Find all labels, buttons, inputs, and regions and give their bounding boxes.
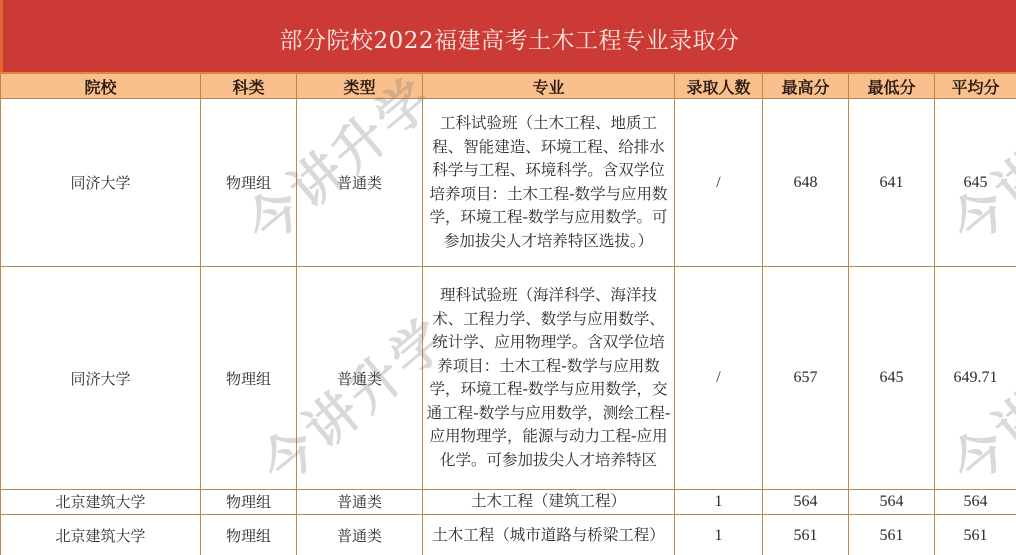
cell-type: 普通类 [297,99,423,267]
admission-scores-table: 院校 科类 类型 专业 录取人数 最高分 最低分 平均分 同济大学 物理组 普通… [0,72,1016,555]
cell-major: 理科试验班（海洋科学、海洋技术、工程力学、数学与应用数学、统计学、应用物理学。含… [423,267,675,490]
cell-min-score: 645 [849,267,935,490]
table-row: 同济大学 物理组 普通类 理科试验班（海洋科学、海洋技术、工程力学、数学与应用数… [1,267,1016,490]
table-row: 北京建筑大学 物理组 普通类 土木工程（建筑工程） 1 564 564 564 [1,490,1016,515]
cell-avg-score: 564 [935,490,1016,515]
cell-max-score: 648 [763,99,849,267]
page-title: 部分院校2022福建高考土木工程专业录取分 [279,18,739,55]
cell-type: 普通类 [297,490,423,515]
table-row: 同济大学 物理组 普通类 工科试验班（土木工程、地质工程、智能建造、环境工程、给… [1,99,1016,267]
cell-subject: 物理组 [201,267,297,490]
title-bar: 部分院校2022福建高考土木工程专业录取分 [0,0,1016,72]
header-max-score: 最高分 [763,73,849,99]
header-school: 院校 [1,73,201,99]
cell-type: 普通类 [297,514,423,555]
cell-school: 同济大学 [1,99,201,267]
cell-admitted: / [675,99,763,267]
cell-admitted: / [675,267,763,490]
cell-admitted: 1 [675,514,763,555]
cell-max-score: 657 [763,267,849,490]
header-avg-score: 平均分 [935,73,1016,99]
cell-school: 同济大学 [1,267,201,490]
cell-subject: 物理组 [201,514,297,555]
cell-avg-score: 645 [935,99,1016,267]
cell-school: 北京建筑大学 [1,490,201,515]
cell-min-score: 564 [849,490,935,515]
cell-subject: 物理组 [201,99,297,267]
header-min-score: 最低分 [849,73,935,99]
header-major: 专业 [423,73,675,99]
cell-type: 普通类 [297,267,423,490]
cell-major: 土木工程（城市道路与桥梁工程） [423,514,675,555]
header-subject: 科类 [201,73,297,99]
cell-avg-score: 561 [935,514,1016,555]
table-header-row: 院校 科类 类型 专业 录取人数 最高分 最低分 平均分 [1,73,1016,99]
cell-max-score: 564 [763,490,849,515]
cell-min-score: 641 [849,99,935,267]
cell-major: 工科试验班（土木工程、地质工程、智能建造、环境工程、给排水科学与工程、环境科学。… [423,99,675,267]
cell-min-score: 561 [849,514,935,555]
cell-max-score: 561 [763,514,849,555]
cell-avg-score: 649.71 [935,267,1016,490]
cell-major: 土木工程（建筑工程） [423,490,675,515]
header-type: 类型 [297,73,423,99]
table-row: 北京建筑大学 物理组 普通类 土木工程（城市道路与桥梁工程） 1 561 561… [1,514,1016,555]
cell-admitted: 1 [675,490,763,515]
cell-school: 北京建筑大学 [1,514,201,555]
cell-subject: 物理组 [201,490,297,515]
header-admitted: 录取人数 [675,73,763,99]
